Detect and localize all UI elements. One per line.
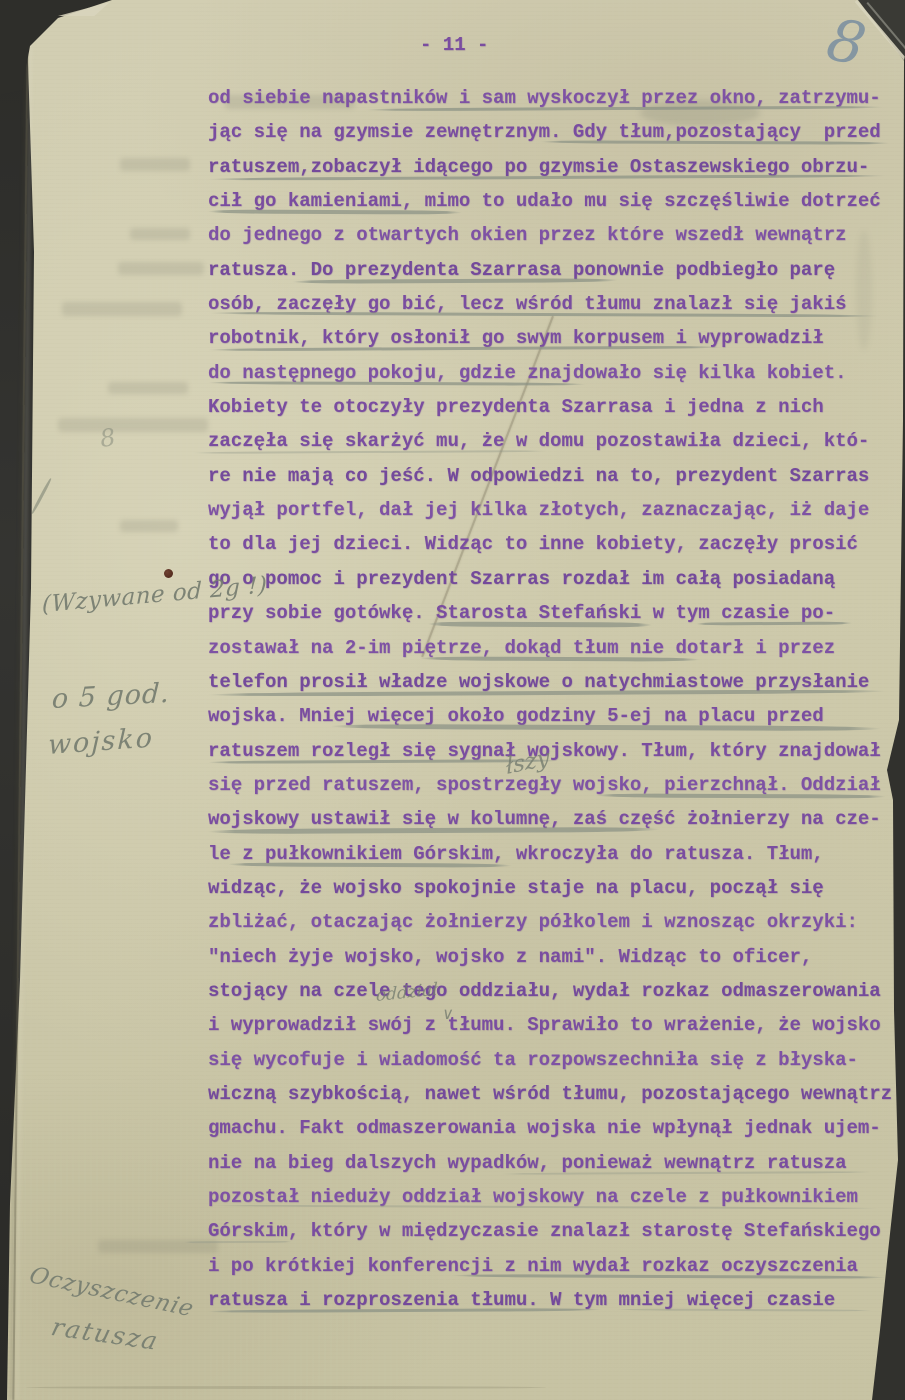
typed-line: wyjął portfel, dał jej kilka złotych, za… bbox=[208, 493, 892, 527]
bleedthrough-smudge bbox=[120, 520, 178, 532]
ink-dot bbox=[164, 569, 173, 578]
typed-line: go o pomoc i prezydent Szarras rozdał im… bbox=[208, 562, 892, 596]
typed-line: stojący na czele tego oddziału, wydał ro… bbox=[208, 974, 892, 1008]
bleedthrough-smudge bbox=[108, 382, 188, 394]
typed-line: widząc, że wojsko spokojnie staje na pla… bbox=[208, 871, 892, 905]
bleedthrough-smudge bbox=[130, 228, 190, 240]
typed-line: i wyprowadził swój z tłumu. Sprawiło to … bbox=[208, 1008, 892, 1042]
typed-page-number: - 11 - bbox=[420, 33, 488, 57]
bleedthrough-smudge bbox=[62, 302, 182, 316]
typed-line: Górskim, który w międzyczasie znalazł st… bbox=[208, 1214, 892, 1248]
typed-line: zbliżać, otaczając żołnierzy półkolem i … bbox=[208, 905, 892, 939]
bleedthrough-smudge bbox=[118, 262, 204, 275]
typed-line: re nie mają co jeść. W odpowiedzi na to,… bbox=[208, 459, 892, 493]
typed-line: "niech żyje wojsko, wojsko z nami". Widz… bbox=[208, 940, 892, 974]
typed-text-block: od siebie napastników i sam wyskoczył pr… bbox=[208, 81, 892, 1317]
typed-line: wiczną szybkością, nawet wśród tłumu, po… bbox=[208, 1077, 892, 1111]
typed-line: Kobiety te otoczyły prezydenta Szarrasa … bbox=[208, 390, 892, 424]
paper-bottom-shadow bbox=[26, 1386, 546, 1389]
typed-line: się wycofuje i wiadomość ta rozpowszechn… bbox=[208, 1043, 892, 1077]
pencil-underline bbox=[184, 1240, 292, 1243]
typed-line: do jednego z otwartych okien przez które… bbox=[208, 218, 892, 252]
scanned-document-page: - 11 - od siebie napastników i sam wysko… bbox=[0, 0, 905, 1400]
typed-line: nie na bieg dalszych wypadków, ponieważ … bbox=[208, 1146, 892, 1180]
bleedthrough-smudge bbox=[120, 158, 190, 171]
handwritten-margin-note: o 5 god. bbox=[51, 678, 170, 715]
typed-line: ratusza i rozproszenia tłumu. W tym mnie… bbox=[208, 1283, 892, 1317]
pencil-underline bbox=[420, 656, 700, 661]
typed-line: to dla jej dzieci. Widząc to inne kobiet… bbox=[208, 527, 892, 561]
typed-line: gmachu. Fakt odmaszerowania wojska nie w… bbox=[208, 1111, 892, 1145]
typed-line: pozostał nieduży oddział wojskowy na cze… bbox=[208, 1180, 892, 1214]
bleedthrough-smudge bbox=[58, 418, 208, 432]
typed-line: zaczęła się skarżyć mu, że w domu pozost… bbox=[208, 424, 892, 458]
typed-line: jąc się na gzymsie zewnętrznym. Gdy tłum… bbox=[208, 115, 892, 149]
